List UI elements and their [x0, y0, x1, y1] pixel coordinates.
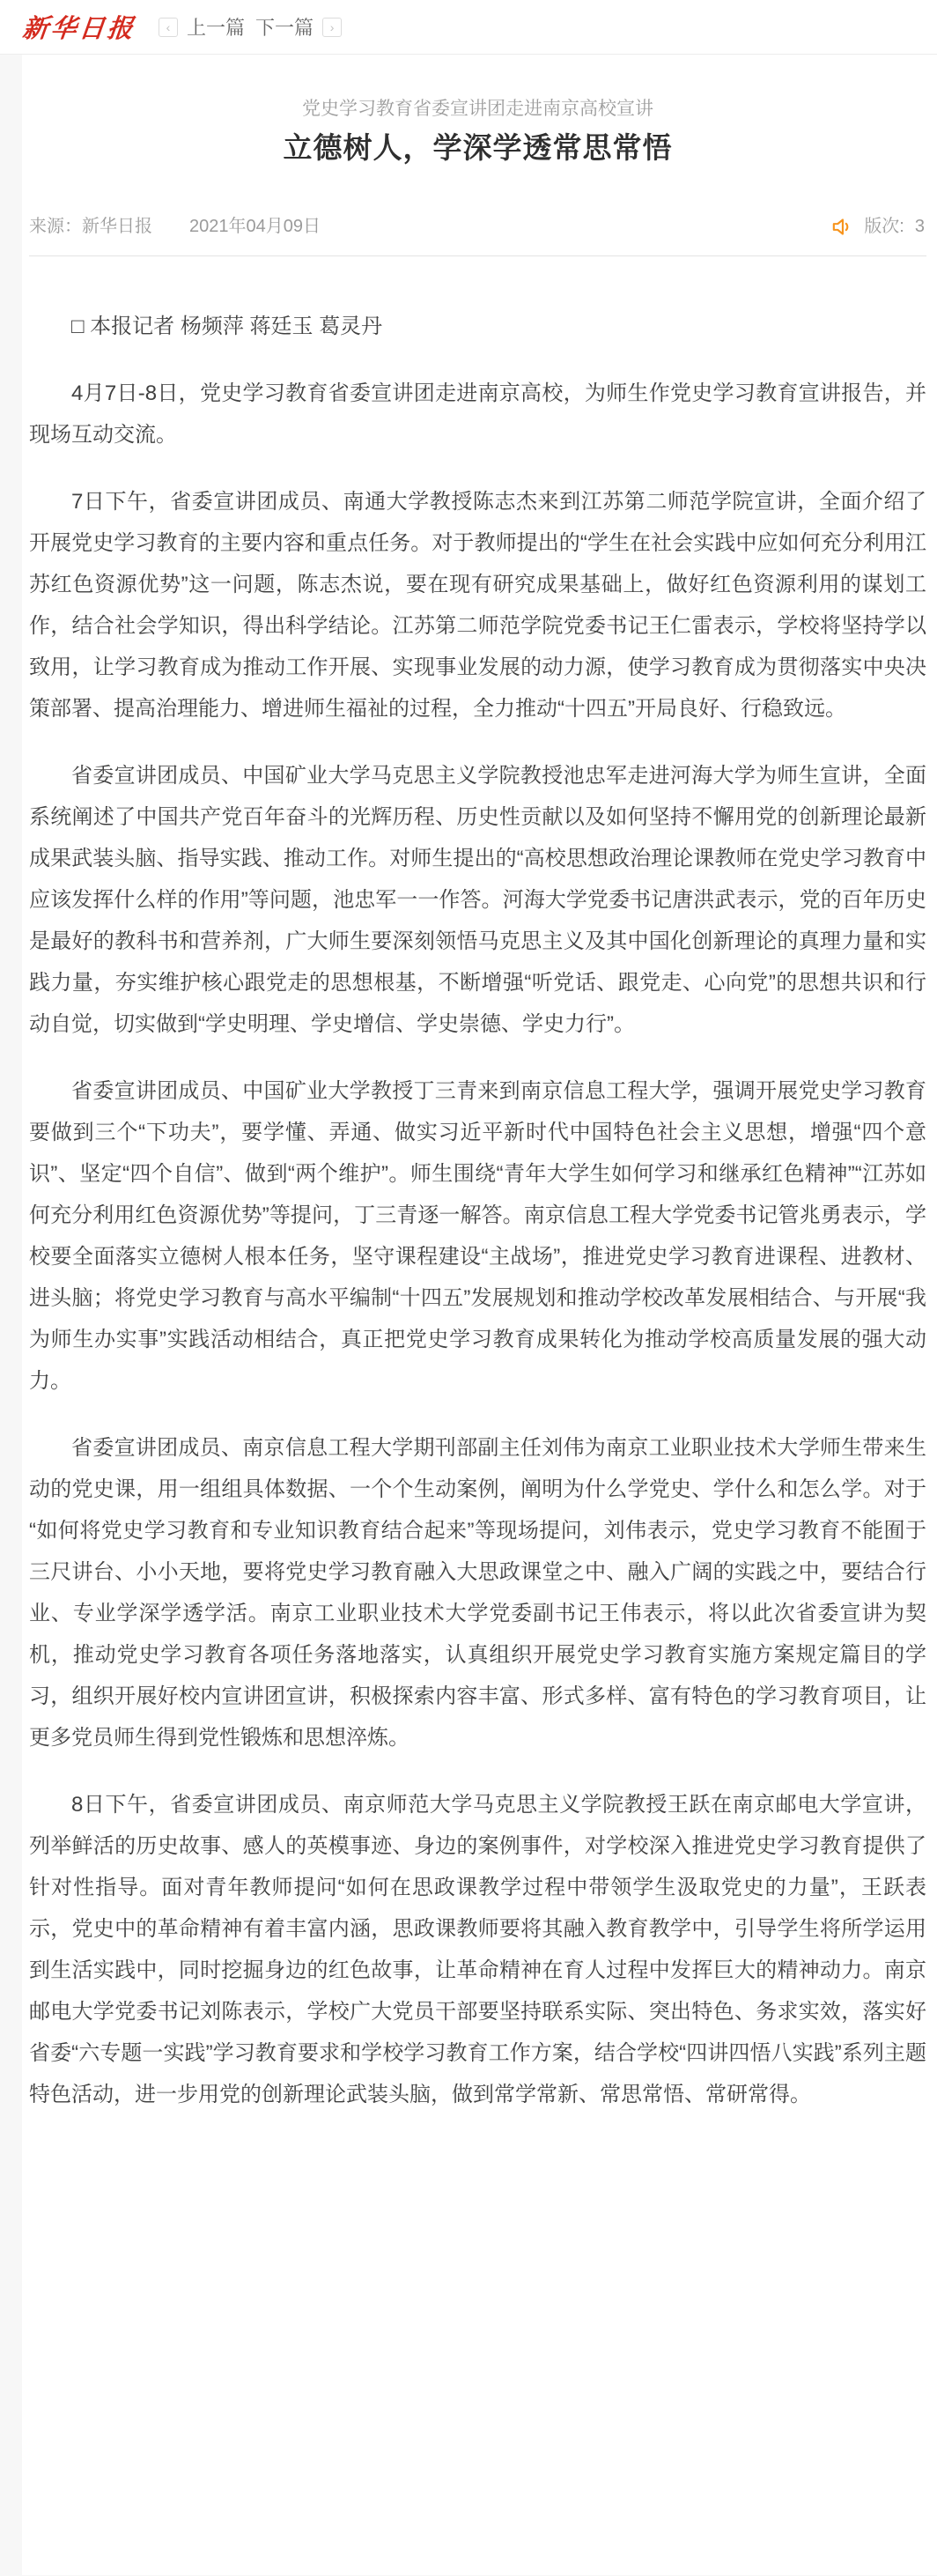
article-subtitle: 党史学习教育省委宣讲团走进南京高校宣讲 — [29, 55, 926, 122]
article-paragraph: 7日下午，省委宣讲团成员、南通大学教授陈志杰来到江苏第二师范学院宣讲，全面介绍了… — [29, 481, 926, 729]
meta-right: 版次: 3 — [830, 213, 926, 240]
chevron-left-icon: ‹ — [166, 20, 171, 34]
article-body: □ 本报记者 杨频萍 蒋廷玉 葛灵丹 4月7日-8日，党史学习教育省委宣讲团走进… — [29, 256, 926, 2115]
prev-article-button[interactable]: ‹ — [159, 18, 178, 37]
article-nav: ‹ 上一篇 下一篇 › — [159, 13, 342, 41]
edition-value: 3 — [915, 213, 925, 240]
article-paragraph: □ 本报记者 杨频萍 蒋廷玉 葛灵丹 — [29, 306, 926, 347]
article-paragraph: 省委宣讲团成员、中国矿业大学教授丁三青来到南京信息工程大学，强调开展党史学习教育… — [29, 1070, 926, 1402]
article-paragraph: 4月7日-8日，党史学习教育省委宣讲团走进南京高校，为师生作党史学习教育宣讲报告… — [29, 373, 926, 455]
article-panel: 党史学习教育省委宣讲团走进南京高校宣讲 立德树人，学深学透常思常悟 来源：新华日… — [22, 55, 937, 2575]
publish-date: 2021年04月09日 — [189, 213, 321, 240]
chevron-right-icon: › — [330, 20, 335, 34]
audio-speaker-icon[interactable] — [830, 215, 853, 239]
article-meta: 来源：新华日报 2021年04月09日 版次: 3 — [29, 213, 926, 240]
prev-article-link[interactable]: 上一篇 — [187, 13, 245, 41]
next-article-button[interactable]: › — [322, 18, 342, 37]
article-paragraph: 省委宣讲团成员、中国矿业大学马克思主义学院教授池忠军走进河海大学为师生宣讲，全面… — [29, 755, 926, 1045]
top-bar: 新华日报 ‹ 上一篇 下一篇 › — [0, 0, 937, 55]
source-label: 来源： — [29, 213, 82, 240]
edition-label: 版次: — [864, 213, 904, 240]
page: 新华日报 ‹ 上一篇 下一篇 › 党史学习教育省委宣讲团走进南京高校宣讲 立德树… — [0, 0, 937, 2576]
article-paragraph: 省委宣讲团成员、南京信息工程大学期刊部副主任刘伟为南京工业职业技术大学师生带来生… — [29, 1427, 926, 1758]
meta-left: 来源：新华日报 2021年04月09日 — [29, 213, 321, 240]
article-paragraph: 8日下午，省委宣讲团成员、南京师范大学马克思主义学院教授王跃在南京邮电大学宣讲，… — [29, 1784, 926, 2115]
xinhua-daily-logo[interactable]: 新华日报 — [21, 9, 137, 45]
article-title: 立德树人，学深学透常思常悟 — [29, 129, 926, 167]
next-article-link[interactable]: 下一篇 — [255, 13, 314, 41]
source-value: 新华日报 — [82, 213, 152, 240]
